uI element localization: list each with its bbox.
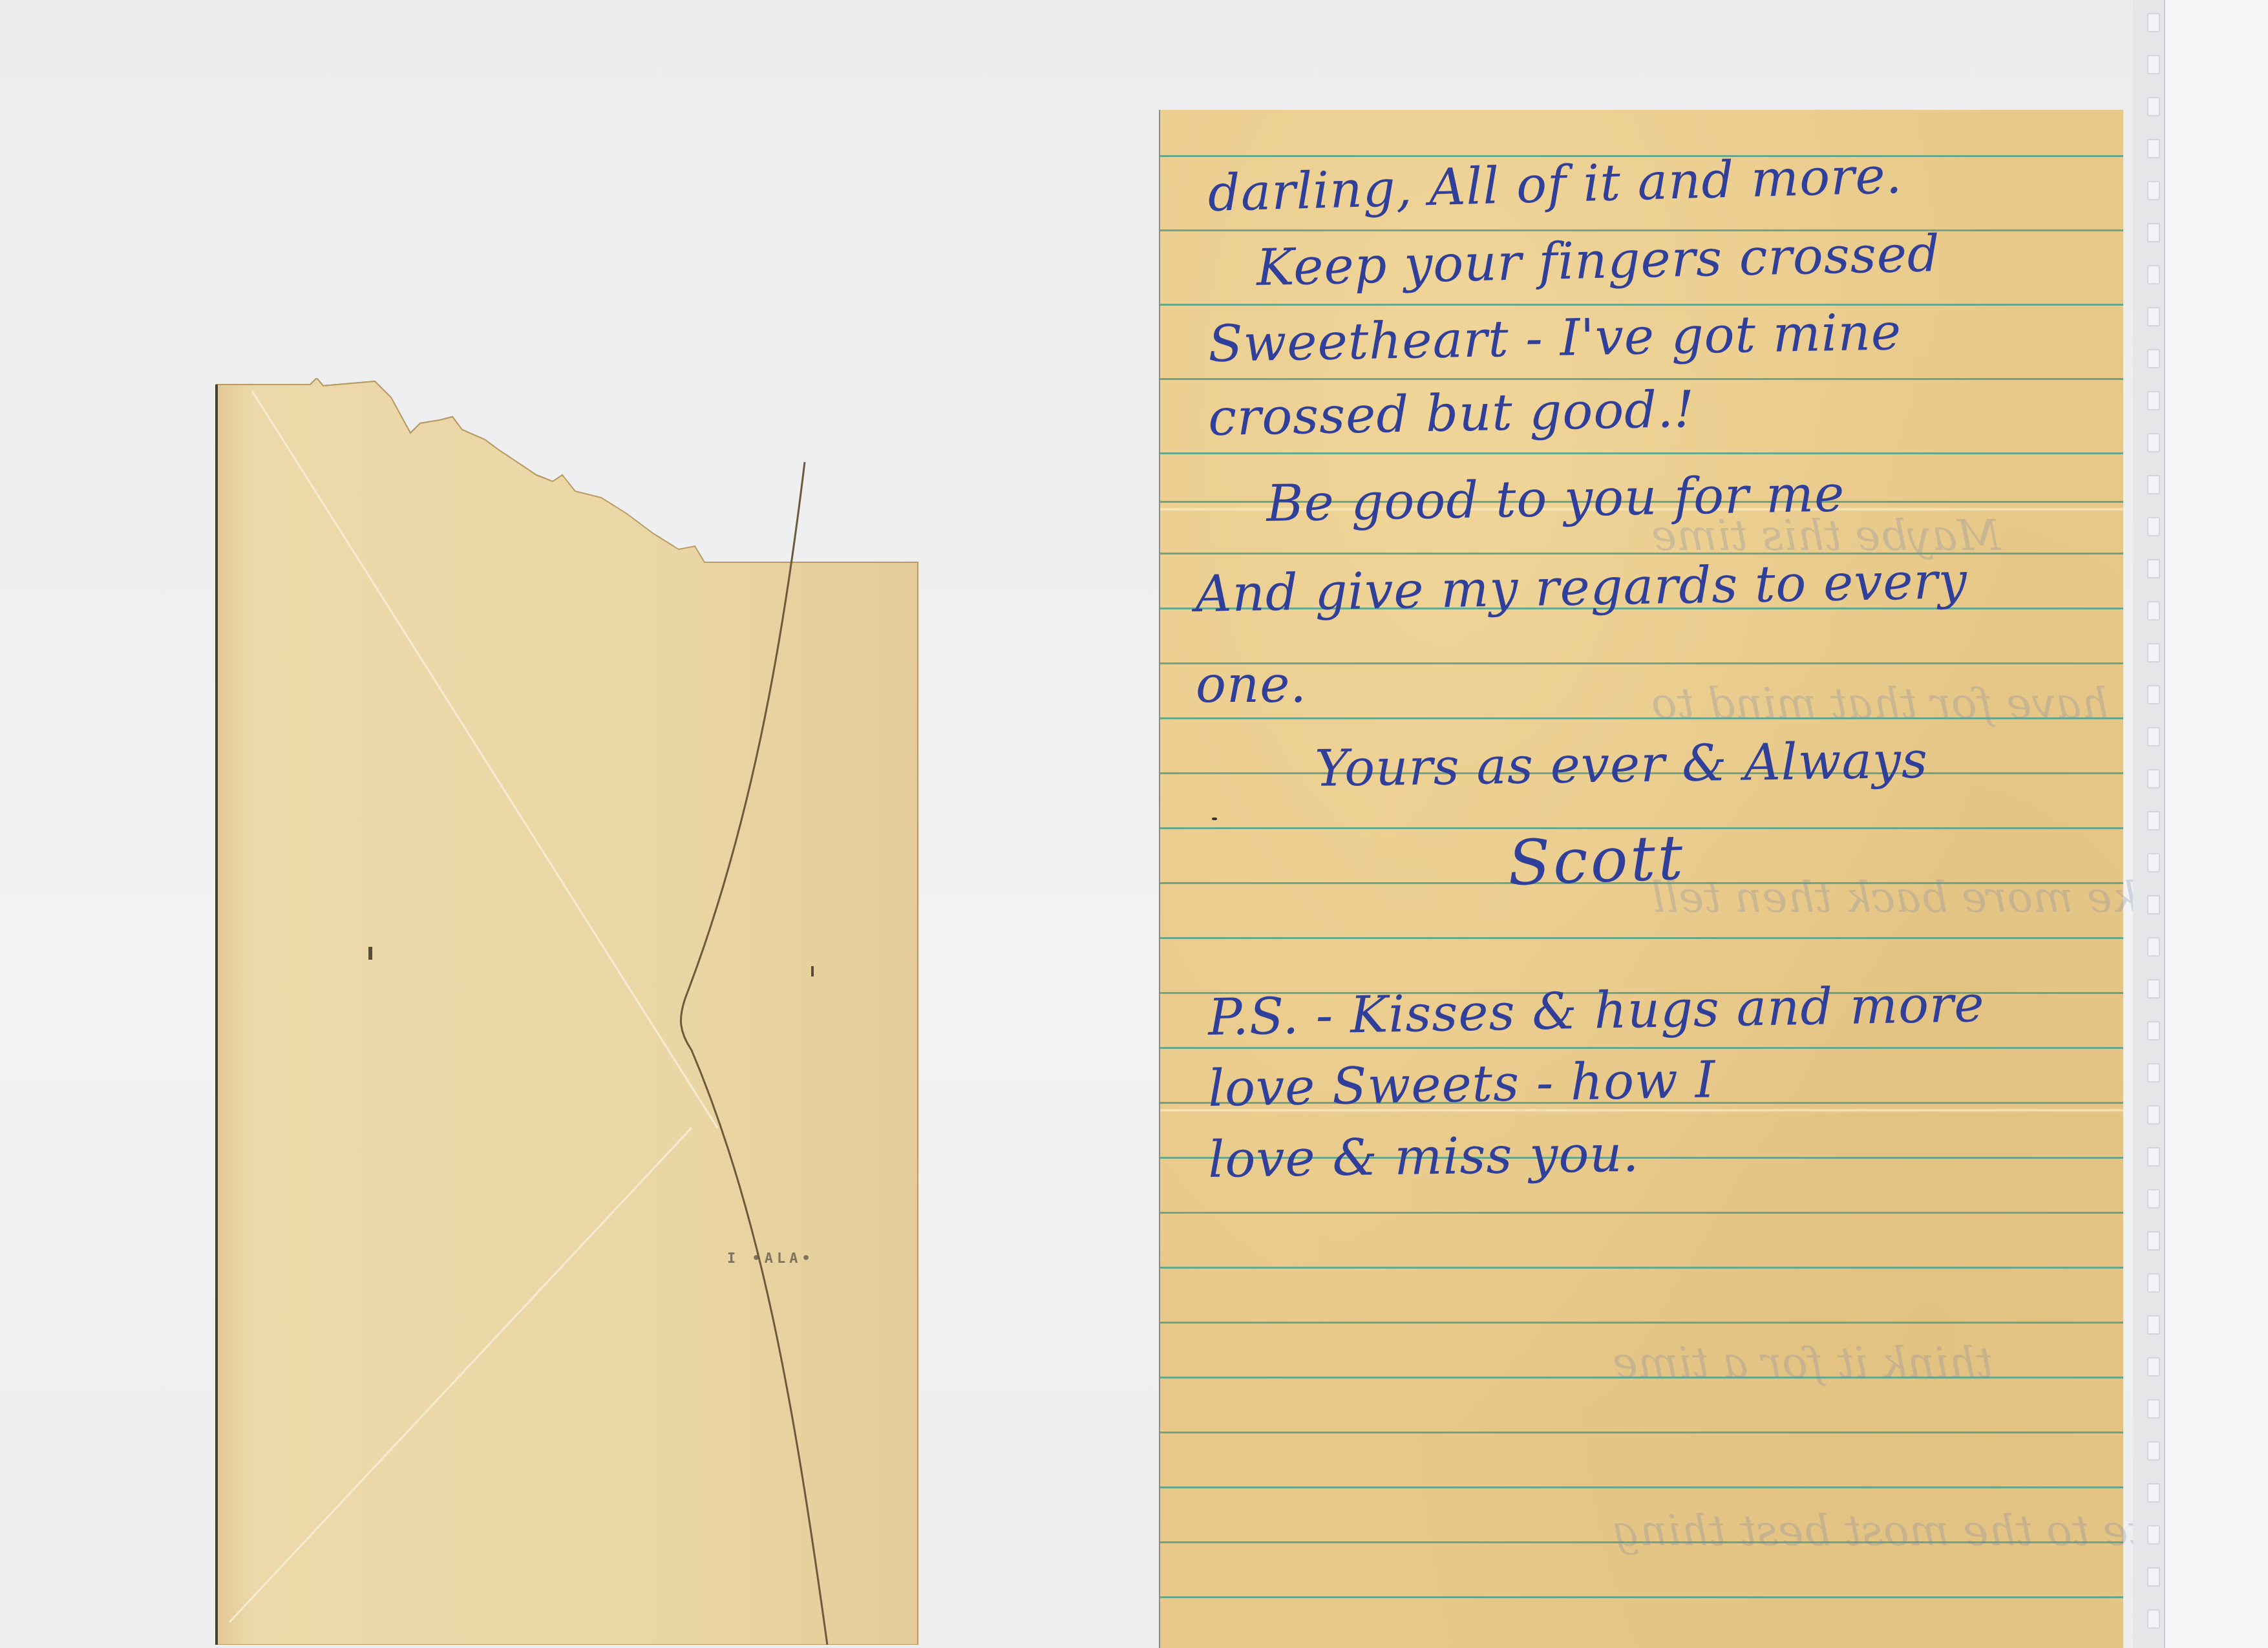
binder-hole [2147, 979, 2160, 998]
binder-hole [2147, 601, 2160, 620]
binder-hole [2147, 1231, 2160, 1251]
letter-line: Yours as ever & Always [1315, 732, 1929, 798]
rule-line [1160, 1047, 2123, 1049]
binder-hole [2147, 1399, 2160, 1419]
binder-hole [2147, 853, 2160, 872]
binder-hole [2147, 937, 2160, 956]
binder-hole [2147, 1273, 2160, 1293]
rule-line [1160, 304, 2123, 306]
binder-hole [2147, 1063, 2160, 1083]
binder-hole [2147, 559, 2160, 578]
binder-hole [2147, 307, 2160, 326]
envelope-postmark: I •ALA• [727, 1251, 814, 1267]
letter-line: love Sweets - how I [1207, 1051, 1716, 1118]
binder-hole [2147, 685, 2160, 704]
rule-line [1160, 1267, 2123, 1269]
letter-line: love & miss you. [1208, 1125, 1640, 1189]
binder-hole [2147, 1567, 2160, 1587]
binder-hole [2147, 1525, 2160, 1545]
rule-line [1160, 937, 2123, 939]
binder-hole [2147, 1483, 2160, 1503]
binder-hole [2147, 475, 2160, 494]
signature: Scott [1507, 821, 1686, 900]
binder-hole [2147, 55, 2160, 74]
binder-hole [2147, 97, 2160, 116]
rule-line [1160, 1486, 2123, 1488]
binder-hole [2147, 139, 2160, 158]
binder-hole [2147, 1021, 2160, 1041]
envelope-shape [213, 378, 921, 1645]
rule-line [1160, 1596, 2123, 1598]
letter-line: Keep your fingers crossed [1256, 225, 1941, 297]
reverse-show-through: write to the most best thing [1613, 1506, 2216, 1556]
rule-line [1160, 378, 2123, 380]
binder-hole [2147, 433, 2160, 452]
rule-line [1160, 452, 2123, 454]
binder-hole [2147, 13, 2160, 32]
binder-hole [2147, 1189, 2160, 1209]
binder-hole [2147, 349, 2160, 368]
letter-line: And give my regards to every [1194, 552, 1967, 624]
letter-line: one. [1196, 656, 1307, 714]
binder-hole [2147, 769, 2160, 788]
reverse-show-through: have for that mind to [1651, 679, 2108, 728]
binder-hole [2147, 727, 2160, 746]
binder-hole [2147, 811, 2160, 830]
letter-line: crossed but good.! [1207, 381, 1695, 447]
binder-hole [2147, 1105, 2160, 1125]
letter-line: Be good to you for me [1266, 465, 1845, 533]
letter-page: Maybe this time have for that mind to ta… [1160, 110, 2123, 1648]
rule-line [1160, 1212, 2123, 1214]
binder-hole [2147, 1441, 2160, 1461]
binder-hole [2147, 1609, 2160, 1629]
reverse-show-through: think it for a time [1613, 1338, 1993, 1388]
binder-hole [2147, 391, 2160, 410]
binder-hole [2147, 1357, 2160, 1377]
binder-hole [2147, 895, 2160, 914]
letter-line: Sweetheart - I've got mine [1207, 303, 1902, 374]
rule-line [1160, 1431, 2123, 1433]
binder-hole [2147, 1315, 2160, 1335]
binder-hole [2147, 181, 2160, 200]
rule-line [1160, 1322, 2123, 1324]
letter-line: P.S. - Kisses & hugs and more [1207, 975, 1985, 1047]
binder-hole [2147, 223, 2160, 242]
binder-hole [2147, 643, 2160, 662]
envelope-back [213, 378, 921, 1645]
binder-hole [2147, 517, 2160, 536]
binder-hole [2147, 1147, 2160, 1167]
binder-hole [2147, 265, 2160, 284]
ink-dot [1212, 818, 1217, 820]
reverse-show-through: take more back then tell [1651, 872, 2181, 922]
letter-line: darling, All of it and more. [1207, 147, 1903, 223]
sheet-protector-margin [2165, 0, 2268, 1648]
